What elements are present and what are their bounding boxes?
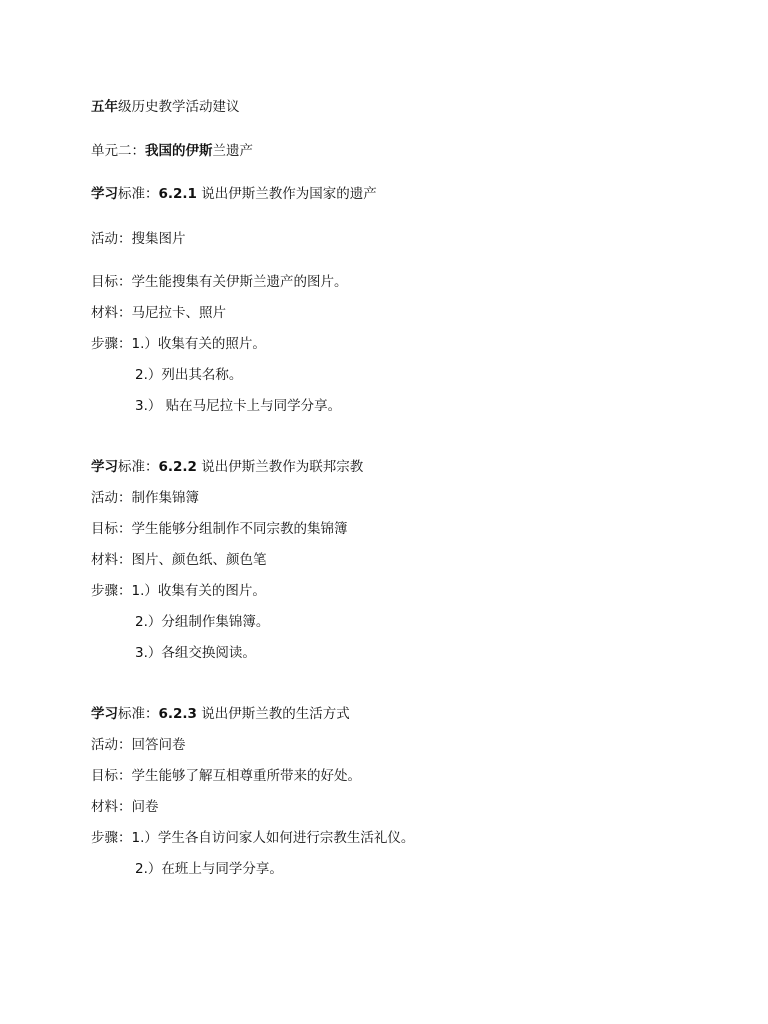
standard-text: 说出伊斯兰教的生活方式: [197, 706, 350, 722]
standard-bold: 学习: [91, 459, 118, 475]
steps-label: 步骤：: [91, 583, 132, 599]
section-2-objective: 目标：学生能够分组制作不同宗教的集锦簿: [91, 520, 348, 538]
activity-value: 制作集锦簿: [132, 490, 200, 506]
section-1-activity: 活动：搜集图片: [91, 230, 186, 248]
section-2-step-3: 3.）各组交换阅读。: [135, 644, 256, 662]
activity-value: 搜集图片: [132, 231, 186, 247]
section-1-step-3: 3.） 贴在马尼拉卡上与同学分享。: [135, 397, 341, 415]
title-bold: 五年: [91, 99, 118, 115]
objective-value: 学生能够了解互相尊重所带来的好处。: [132, 768, 362, 784]
unit-normal: 兰遗产: [213, 143, 254, 159]
steps-label: 步骤：: [91, 336, 132, 352]
standard-label: 标准：: [118, 186, 159, 202]
objective-label: 目标：: [91, 768, 132, 784]
section-2-standard: 学习标准：6.2.2 说出伊斯兰教作为联邦宗教: [91, 458, 363, 476]
objective-value: 学生能够分组制作不同宗教的集锦簿: [132, 521, 348, 537]
section-3-objective: 目标：学生能够了解互相尊重所带来的好处。: [91, 767, 361, 785]
materials-value: 图片、颜色纸、颜色笔: [132, 552, 267, 568]
section-3-step-2: 2.）在班上与同学分享。: [135, 860, 283, 878]
title-normal: 级历史教学活动建议: [118, 99, 240, 115]
activity-label: 活动：: [91, 737, 132, 753]
objective-label: 目标：: [91, 274, 132, 290]
activity-label: 活动：: [91, 490, 132, 506]
section-2-step-1: 步骤：1.）收集有关的图片。: [91, 582, 266, 600]
steps-label: 步骤：: [91, 830, 132, 846]
materials-label: 材料：: [91, 305, 132, 321]
materials-label: 材料：: [91, 799, 132, 815]
section-3-materials: 材料：问卷: [91, 798, 159, 816]
section-1-materials: 材料：马尼拉卡、照片: [91, 304, 226, 322]
section-1-objective: 目标：学生能搜集有关伊斯兰遗产的图片。: [91, 273, 348, 291]
step-text: 1.）收集有关的照片。: [132, 336, 266, 352]
materials-value: 问卷: [132, 799, 159, 815]
objective-label: 目标：: [91, 521, 132, 537]
standard-label: 标准：: [118, 706, 159, 722]
standard-code: 6.2.2: [159, 459, 197, 475]
unit-heading: 单元二：我国的伊斯兰遗产: [91, 142, 253, 160]
activity-label: 活动：: [91, 231, 132, 247]
unit-label: 单元二：: [91, 143, 145, 159]
standard-code: 6.2.3: [159, 706, 197, 722]
materials-label: 材料：: [91, 552, 132, 568]
standard-text: 说出伊斯兰教作为国家的遗产: [197, 186, 377, 202]
unit-bold: 我国的伊斯: [145, 143, 213, 159]
step-text: 1.）学生各自访问家人如何进行宗教生活礼仪。: [132, 830, 415, 846]
section-2-materials: 材料：图片、颜色纸、颜色笔: [91, 551, 267, 569]
document-title: 五年级历史教学活动建议: [91, 98, 240, 116]
step-text: 1.）收集有关的图片。: [132, 583, 266, 599]
section-3-activity: 活动：回答问卷: [91, 736, 186, 754]
standard-text: 说出伊斯兰教作为联邦宗教: [197, 459, 363, 475]
section-2-activity: 活动：制作集锦簿: [91, 489, 199, 507]
section-2-step-2: 2.）分组制作集锦簿。: [135, 613, 269, 631]
activity-value: 回答问卷: [132, 737, 186, 753]
standard-label: 标准：: [118, 459, 159, 475]
standard-bold: 学习: [91, 706, 118, 722]
standard-code: 6.2.1: [159, 186, 197, 202]
section-3-step-1: 步骤：1.）学生各自访问家人如何进行宗教生活礼仪。: [91, 829, 414, 847]
materials-value: 马尼拉卡、照片: [132, 305, 227, 321]
section-1-standard: 学习标准：6.2.1 说出伊斯兰教作为国家的遗产: [91, 185, 377, 203]
document-page: 五年级历史教学活动建议 单元二：我国的伊斯兰遗产 学习标准：6.2.1 说出伊斯…: [0, 0, 768, 1024]
section-1-step-1: 步骤：1.）收集有关的照片。: [91, 335, 266, 353]
section-3-standard: 学习标准：6.2.3 说出伊斯兰教的生活方式: [91, 705, 350, 723]
standard-bold: 学习: [91, 186, 118, 202]
section-1-step-2: 2.）列出其名称。: [135, 366, 242, 384]
objective-value: 学生能搜集有关伊斯兰遗产的图片。: [132, 274, 348, 290]
